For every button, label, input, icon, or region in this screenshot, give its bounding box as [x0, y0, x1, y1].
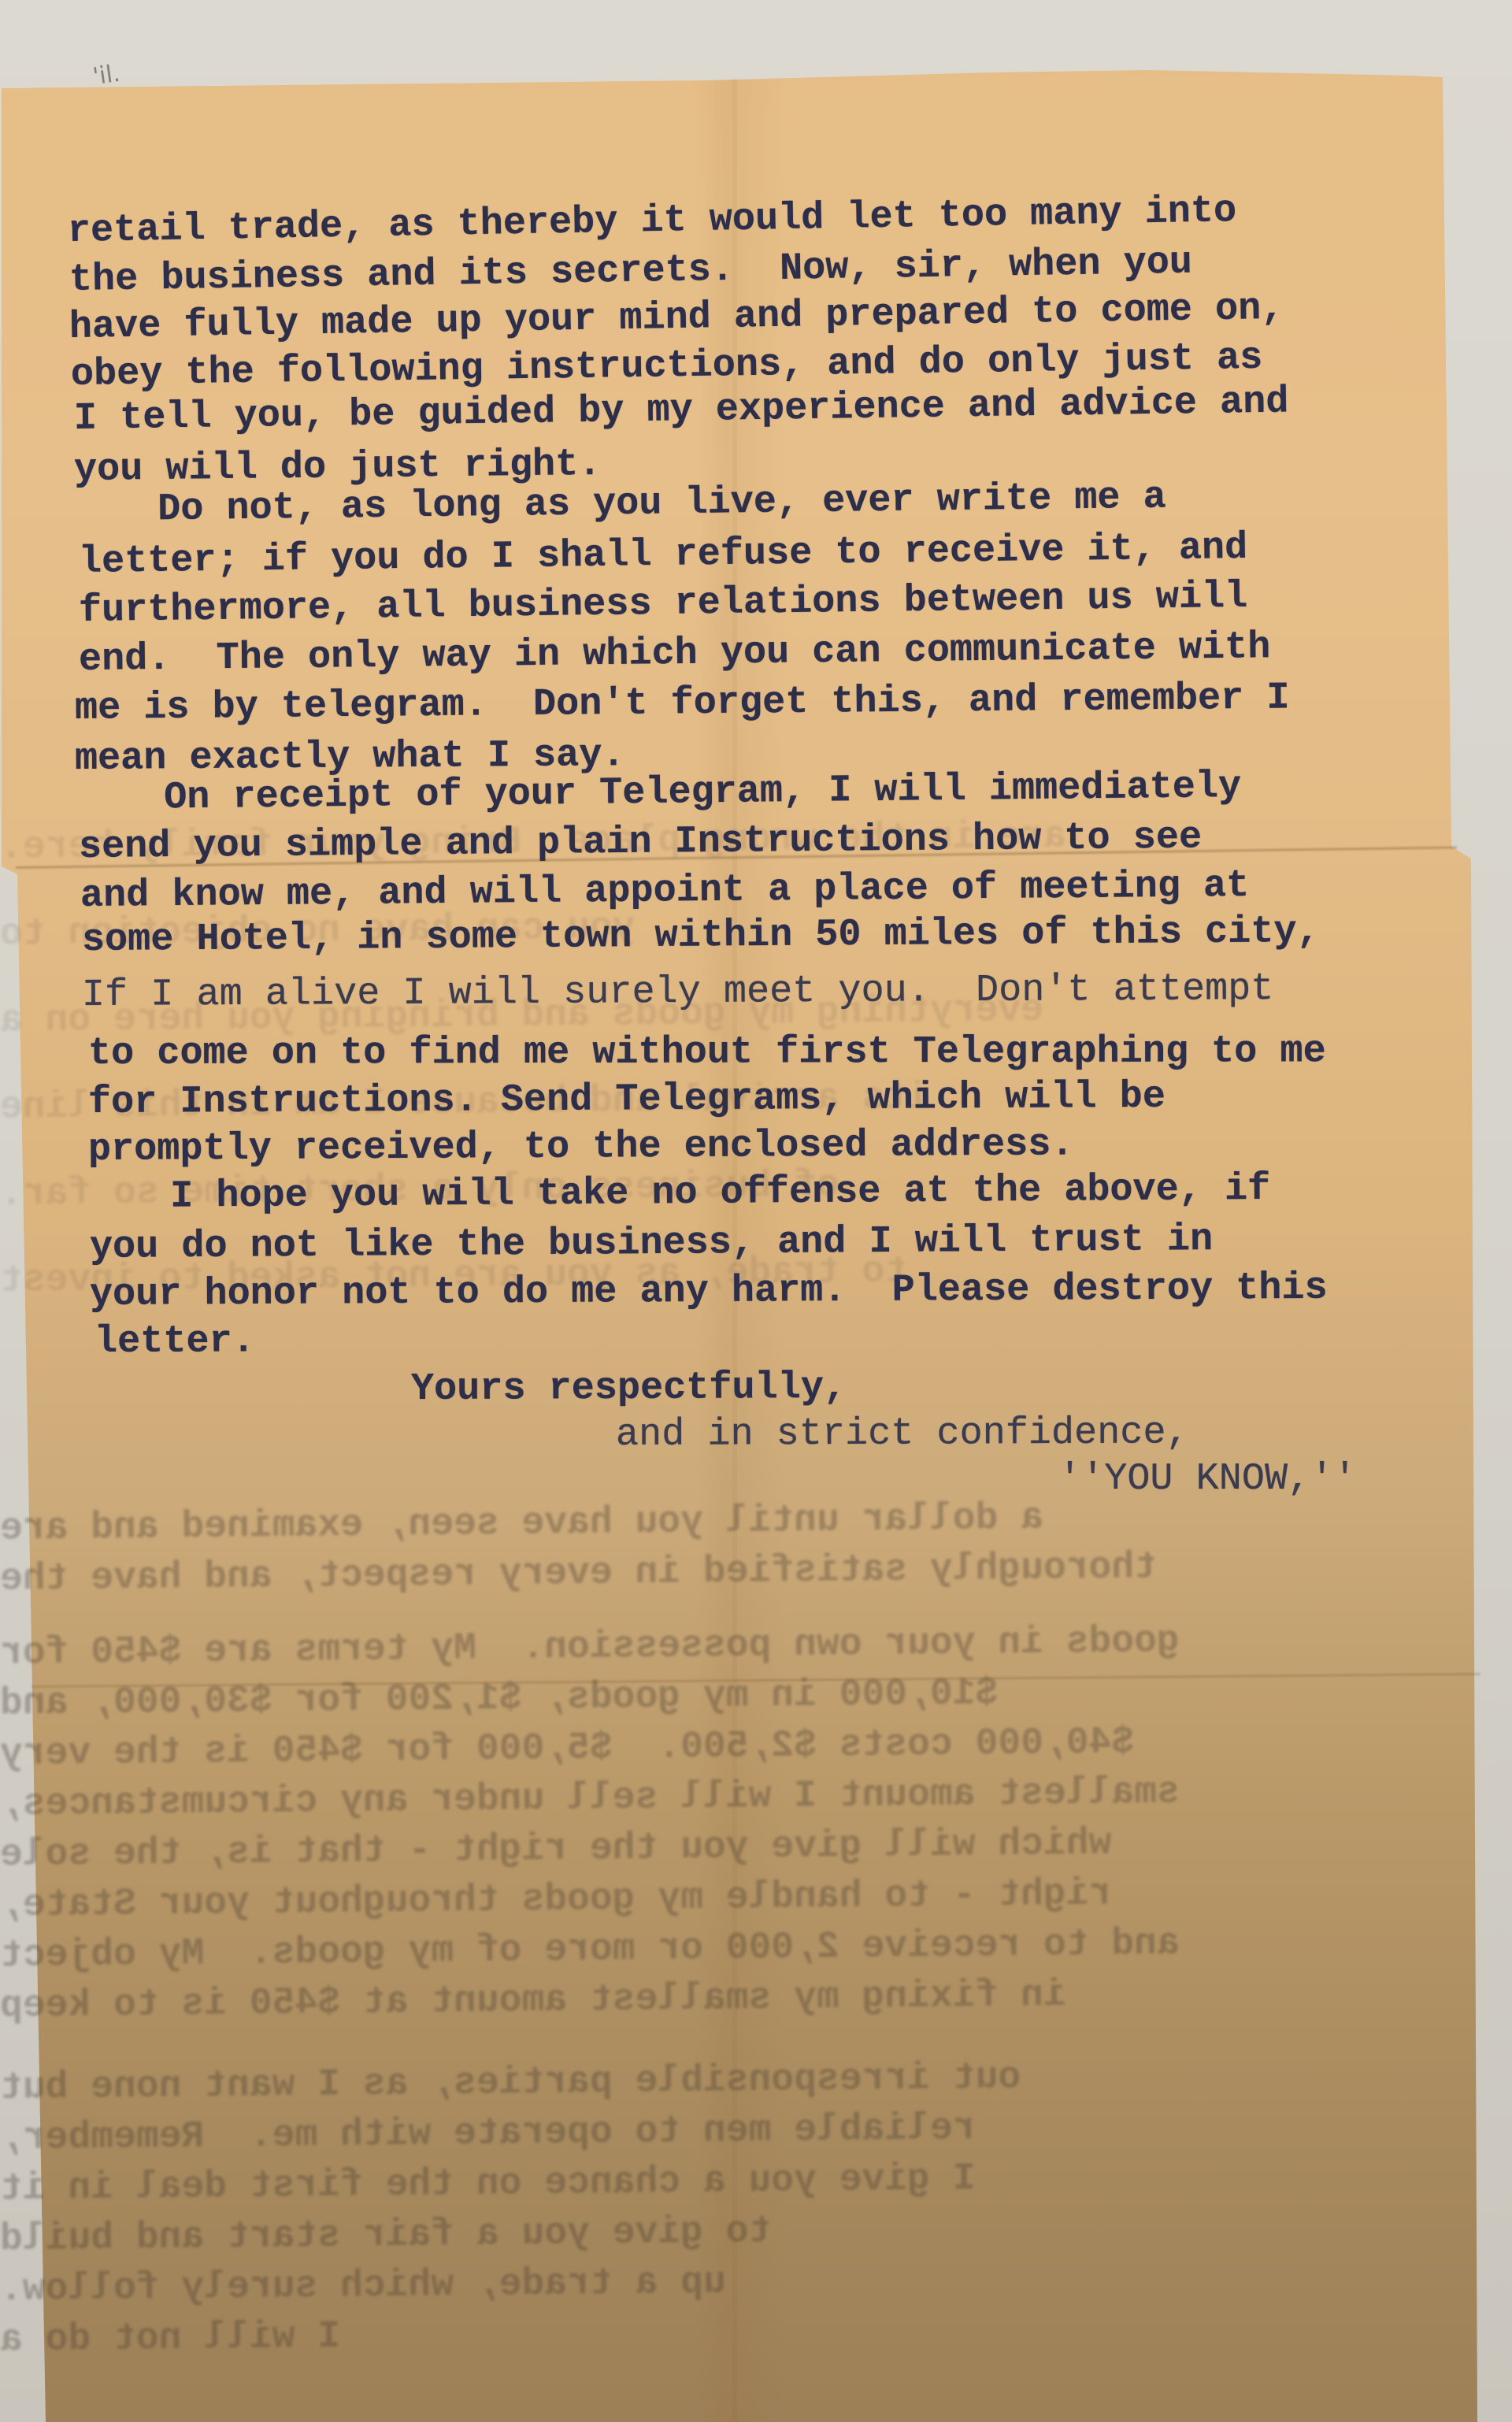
text-line: and know me, and will appoint a place of… — [80, 867, 1250, 915]
text-line: If I am alive I will surely meet you. Do… — [82, 970, 1274, 1014]
text-line: you do not like the business, and I will… — [90, 1221, 1213, 1267]
text-line: On receipt of your Telegram, I will imme… — [118, 768, 1242, 818]
text-line: me is by telegram. Don't forget this, an… — [75, 680, 1290, 729]
text-line: furthermore, all business relations betw… — [79, 578, 1248, 631]
text-line: end. The only way in which you can commu… — [79, 629, 1271, 679]
text-line: promptly received, to the enclosed addre… — [88, 1126, 1074, 1169]
text-line: I hope you will take no offense at the a… — [124, 1170, 1271, 1217]
signature: ''YOU KNOW,'' — [1058, 1460, 1356, 1499]
closing-salutation: Yours respectfully, — [411, 1369, 847, 1408]
photo-background: 'il. are in the wrong place. Bring your … — [0, 0, 1512, 2422]
text-line: letter; if you do I shall refuse to rece… — [79, 529, 1248, 582]
text-line: Do not, as long as you live, ever write … — [112, 479, 1166, 530]
text-line: your honor not to do me any harm. Please… — [90, 1270, 1328, 1315]
text-line: letter. — [94, 1322, 255, 1361]
closing-confidence: and in strict confidence, — [616, 1414, 1189, 1454]
text-line: send you simple and plain Instructions h… — [79, 819, 1203, 867]
text-line: to come on to find me without first Tele… — [88, 1033, 1326, 1073]
text-line: for Instructions. Send Telegrams, which … — [88, 1078, 1165, 1122]
letter-body: retail trade, as thereby it would let to… — [0, 0, 1512, 2422]
text-line: some Hotel, in some town within 50 miles… — [82, 913, 1320, 959]
